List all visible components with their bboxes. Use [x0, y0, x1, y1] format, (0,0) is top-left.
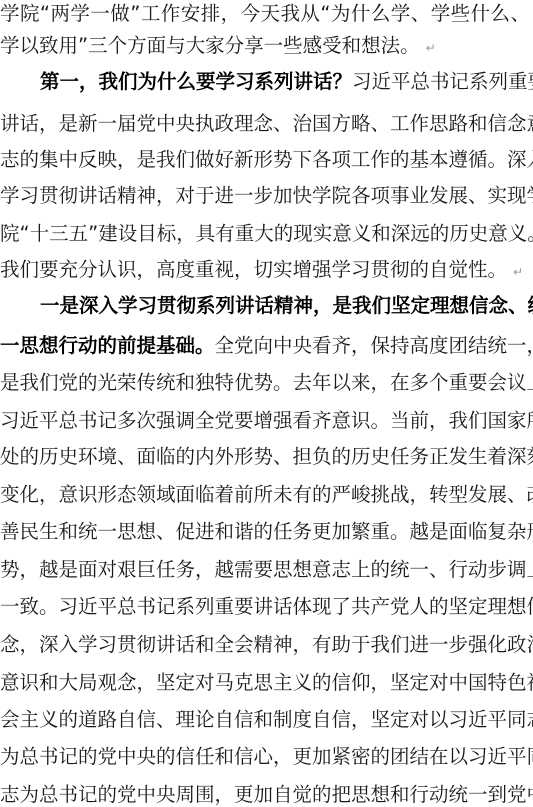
text-line: 一思想行动的前提基础。全党向中央看齐，保持高度团结统一，: [0, 333, 530, 359]
text-line: 势，越是面对艰巨任务，越需要思想意志上的统一、行动步调上: [0, 557, 530, 583]
text-line: 是我们党的光荣传统和独特优势。去年以来，在多个重要会议上，: [0, 370, 530, 396]
text-line: 院“十三五”建设目标，具有重大的现实意义和深远的历史意义。: [0, 221, 530, 247]
text-line: 志为总书记的党中央周围，更加自觉的把思想和行动统一到党中: [0, 782, 530, 807]
text-line: 学院“两学一做”工作安排，今天我从“为什么学、学些什么、: [0, 1, 530, 27]
text-line: 一是深入学习贯彻系列讲话精神，是我们坚定理想信念、统: [40, 293, 530, 319]
bold-heading: 一是深入学习贯彻系列讲话精神，是我们坚定理想信念、统: [40, 294, 533, 317]
line-text: 为总书记的党中央的信任和信心，更加紧密的团结在以习近平同: [0, 745, 533, 768]
line-text: 一致。习近平总书记系列重要讲话体现了共产党人的坚定理想信: [0, 595, 533, 618]
line-text: 是我们党的光荣传统和独特优势。去年以来，在多个重要会议上，: [0, 371, 533, 394]
text-line: 志的集中反映，是我们做好新形势下各项工作的基本遵循。深入: [0, 147, 530, 173]
line-text: 念，深入学习贯彻讲话和全会精神，有助于我们进一步强化政治: [0, 633, 533, 656]
text-line: 处的历史环境、面临的内外形势、担负的历史任务正发生着深刻: [0, 444, 530, 470]
line-text: 志的集中反映，是我们做好新形势下各项工作的基本遵循。深入: [0, 148, 533, 171]
paragraph-mark-icon: ↵: [513, 265, 523, 279]
bold-heading: 第一，我们为什么要学习系列讲话？: [40, 70, 352, 93]
text-line: 意识和大局观念，坚定对马克思主义的信仰，坚定对中国特色社: [0, 670, 530, 696]
line-text: 习近平总书记多次强调全党要增强看齐意识。当前，我们国家所: [0, 409, 533, 432]
line-text: 学习贯彻讲话精神，对于进一步加快学院各项事业发展、实现学: [0, 184, 533, 207]
text-line: 第一，我们为什么要学习系列讲话？习近平总书记系列重要: [40, 69, 530, 95]
text-line: 习近平总书记多次强调全党要增强看齐意识。当前，我们国家所: [0, 408, 530, 434]
line-text: 讲话，是新一届党中央执政理念、治国方略、工作思路和信念意: [0, 112, 533, 135]
line-text: 势，越是面对艰巨任务，越需要思想意志上的统一、行动步调上: [0, 558, 533, 581]
line-text: 善民生和统一思想、促进和谐的任务更加繁重。越是面临复杂形: [0, 520, 533, 543]
line-text: 全党向中央看齐，保持高度团结统一，: [215, 334, 533, 357]
paragraph-mark-icon: ↵: [426, 41, 436, 55]
text-line: 一致。习近平总书记系列重要讲话体现了共产党人的坚定理想信: [0, 594, 530, 620]
line-text: 意识和大局观念，坚定对马克思主义的信仰，坚定对中国特色社: [0, 671, 533, 694]
text-line: 学习贯彻讲话精神，对于进一步加快学院各项事业发展、实现学: [0, 183, 530, 209]
text-line: 为总书记的党中央的信任和信心，更加紧密的团结在以习近平同: [0, 744, 530, 770]
text-line: 念，深入学习贯彻讲话和全会精神，有助于我们进一步强化政治: [0, 632, 530, 658]
line-text: 处的历史环境、面临的内外形势、担负的历史任务正发生着深刻: [0, 445, 533, 468]
text-line: 我们要充分认识，高度重视，切实增强学习贯彻的自觉性。↵: [0, 257, 530, 283]
line-text: 学院“两学一做”工作安排，今天我从“为什么学、学些什么、: [0, 2, 530, 25]
text-line: 善民生和统一思想、促进和谐的任务更加繁重。越是面临复杂形: [0, 519, 530, 545]
line-text: 变化，意识形态领域面临着前所未有的严峻挑战，转型发展、改: [0, 483, 533, 506]
text-line: 学以致用”三个方面与大家分享一些感受和想法。↵: [0, 33, 530, 59]
text-line: 会主义的道路自信、理论自信和制度自信，坚定对以习近平同志: [0, 707, 530, 733]
text-line: 讲话，是新一届党中央执政理念、治国方略、工作思路和信念意: [0, 111, 530, 137]
document-page: 学院“两学一做”工作安排，今天我从“为什么学、学些什么、 学以致用”三个方面与大…: [0, 0, 533, 807]
text-line: 变化，意识形态领域面临着前所未有的严峻挑战，转型发展、改: [0, 482, 530, 508]
line-text: 会主义的道路自信、理论自信和制度自信，坚定对以习近平同志: [0, 708, 533, 731]
line-text: 习近平总书记系列重要: [352, 70, 533, 93]
line-text: 我们要充分认识，高度重视，切实增强学习贯彻的自觉性。: [0, 258, 507, 281]
line-text: 学以致用”三个方面与大家分享一些感受和想法。: [0, 34, 420, 57]
line-text: 院“十三五”建设目标，具有重大的现实意义和深远的历史意义。: [0, 222, 533, 245]
bold-heading: 一思想行动的前提基础。: [0, 334, 215, 357]
line-text: 志为总书记的党中央周围，更加自觉的把思想和行动统一到党中: [0, 783, 533, 806]
